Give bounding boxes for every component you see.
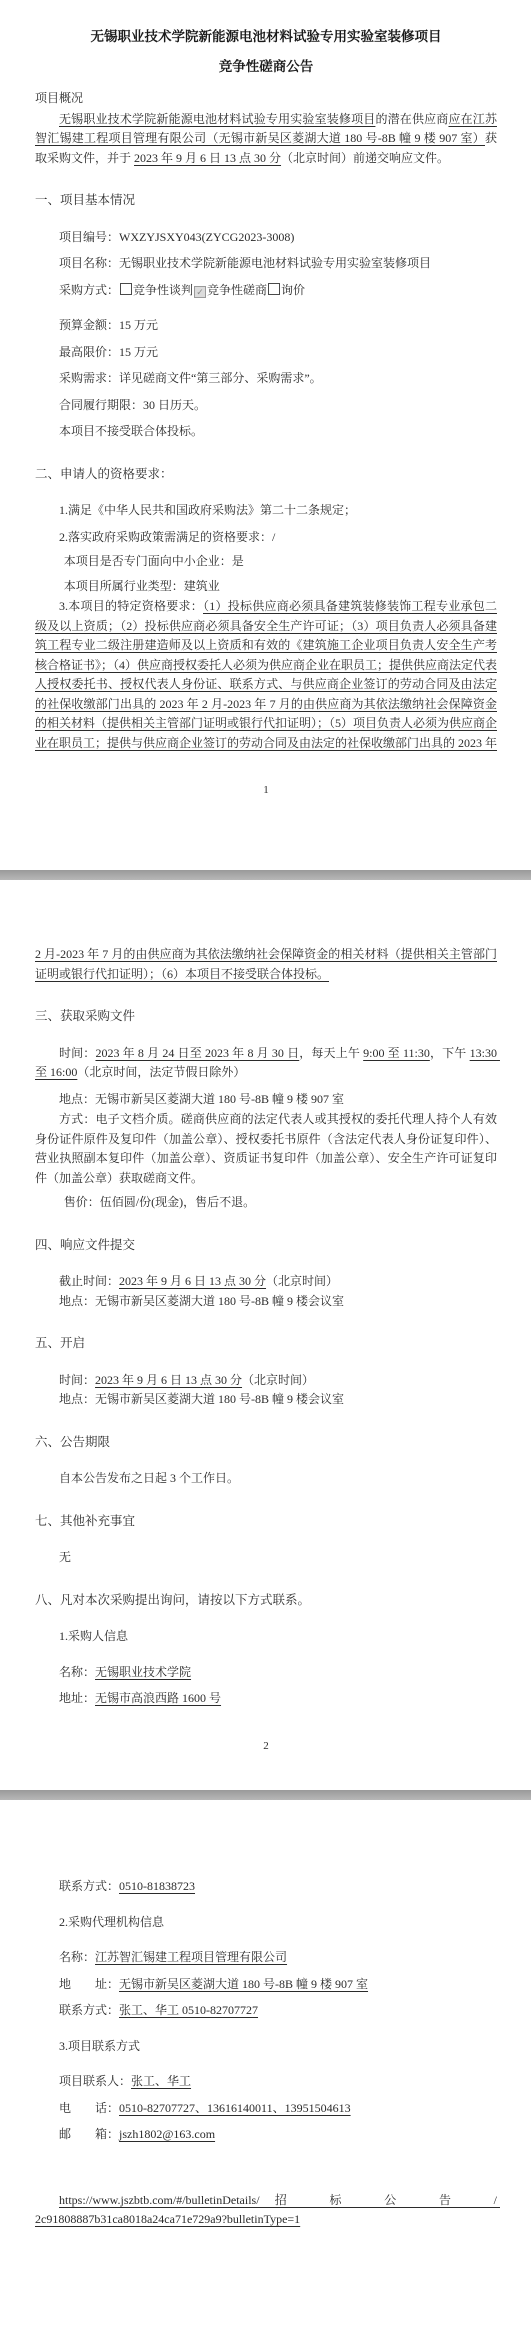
qualification-2-sme: 本项目是否专门面向中小企业：是 xyxy=(35,552,497,572)
text-run: 联系方式： xyxy=(59,2003,119,2017)
page-number: 1 xyxy=(35,781,497,801)
unchecked-checkbox-icon xyxy=(268,283,280,295)
project-contact-email: 邮 箱：jszh1802@163.com xyxy=(35,2125,497,2145)
text-run: 项目名称：无锡职业技术学院新能源电池材料试验专用实验室装修项目 xyxy=(59,256,431,270)
overview-paragraph: 无锡职业技术学院新能源电池材料试验专用实验室装修项目的潜在供应商应在江苏智汇锡建… xyxy=(35,110,497,169)
section-heading-8: 八、凡对本次采购提出询问，请按以下方式联系。 xyxy=(35,1591,497,1611)
page-divider xyxy=(0,1790,531,1800)
field-budget: 预算金额：15 万元 xyxy=(35,316,497,336)
text-run: 邮 箱： xyxy=(59,2127,119,2141)
purchaser-info-label: 1.采购人信息 xyxy=(35,1627,497,1647)
underlined-text-run: 9:00 至 11:30 xyxy=(363,1046,430,1060)
doc-subtitle: 竞争性磋商公告 xyxy=(35,56,497,77)
text-run: 名称： xyxy=(59,1665,95,1679)
underlined-text-run: 张工、华工 0510-82707727 xyxy=(119,2003,258,2017)
section-heading-5: 五、开启 xyxy=(35,1334,497,1354)
underlined-text-run: 无锡职业技术学院 xyxy=(95,1665,191,1679)
text-run: 方式：电子文档介质。磋商供应商的法定代表人或其授权的委托代理人持个人有效身份证件… xyxy=(35,1112,497,1185)
underlined-text-run: 0510-81838723 xyxy=(119,1879,195,1893)
text-run: ，下午 xyxy=(430,1046,470,1060)
underlined-text-run: 2023 年 8 月 24 日至 2023 年 8 月 30 日 xyxy=(95,1046,299,1060)
project-contact-label: 3.项目联系方式 xyxy=(35,2037,497,2057)
text-run: 一、项目基本情况 xyxy=(35,193,135,207)
page-number: 2 xyxy=(35,1737,497,1757)
announcement-period: 自本公告发布之日起 3 个工作日。 xyxy=(35,1469,497,1489)
text-run: 地点：无锡市新吴区菱湖大道 180 号-8B 幢 9 楼会议室 xyxy=(59,1294,344,1308)
underlined-text-run: jszh1802@163.com xyxy=(119,2127,215,2141)
text-run: 1.采购人信息 xyxy=(59,1629,128,1643)
underlined-text-run: 2023 年 9 月 6 日 13 点 30 分 xyxy=(134,151,281,165)
purchaser-contact: 联系方式：0510-81838723 xyxy=(35,1877,497,1897)
underlined-text-run: 无锡市新吴区菱湖大道 180 号-8B 幢 9 楼 907 室 xyxy=(119,1977,368,1991)
agency-contact: 联系方式：张工、华工 0510-82707727 xyxy=(35,2001,497,2021)
text-run: 三、获取采购文件 xyxy=(35,1009,135,1023)
field-purchase-method: 采购方式：竞争性谈判✓竞争性磋商询价 xyxy=(35,281,497,301)
opening-time: 时间：2023 年 9 月 6 日 13 点 30 分（北京时间） xyxy=(35,1371,497,1391)
text-run: 二、申请人的资格要求： xyxy=(35,467,173,481)
submission-deadline: 截止时间：2023 年 9 月 6 日 13 点 30 分（北京时间） xyxy=(35,1272,497,1292)
section-heading-3: 三、获取采购文件 xyxy=(35,1007,497,1027)
text-run: 地 址： xyxy=(59,1977,119,1991)
underlined-text-run: 2023 年 9 月 6 日 13 点 30 分 xyxy=(95,1373,242,1387)
text-run: 1.满足《中华人民共和国政府采购法》第二十二条规定； xyxy=(59,503,356,517)
text-run: 本项目所属行业类型：建筑业 xyxy=(64,579,220,593)
text-run: 七、其他补充事宜 xyxy=(35,1514,135,1528)
text-run: 五、开启 xyxy=(35,1336,85,1350)
document-time: 时间：2023 年 8 月 24 日至 2023 年 8 月 30 日，每天上午… xyxy=(35,1044,497,1083)
qualification-2-industry: 本项目所属行业类型：建筑业 xyxy=(35,577,497,597)
text-run: （北京时间）前递交响应文件。 xyxy=(281,151,449,165)
underlined-text-run: 0510-82707727、13616140011、13951504613 xyxy=(119,2101,351,2115)
text-run: 竞争性磋商 xyxy=(207,283,267,297)
qualification-3-continued: 2 月-2023 年 7 月的由供应商为其依法缴纳社会保障资金的相关材料（提供相… xyxy=(35,945,497,984)
text-run: 项目联系人： xyxy=(59,2074,131,2088)
document-page-1: 无锡职业技术学院新能源电池材料试验专用实验室装修项目竞争性磋商公告项目概况无锡职… xyxy=(0,0,531,870)
underlined-text-run: https://www.jszbtb.com/#/bulletinDetails… xyxy=(35,2193,500,2227)
document-place: 地点：无锡市新吴区菱湖大道 180 号-8B 幢 9 楼 907 室 xyxy=(35,1090,497,1110)
text-run: 四、响应文件提交 xyxy=(35,1238,135,1252)
text-run: 询价 xyxy=(281,283,305,297)
opening-place: 地点：无锡市新吴区菱湖大道 180 号-8B 幢 9 楼会议室 xyxy=(35,1390,497,1410)
underlined-text-run: 张工、华工 xyxy=(131,2074,191,2088)
underlined-text-run: 江苏智汇锡建工程项目管理有限公司 xyxy=(95,1950,287,1964)
text-run: 联系方式： xyxy=(59,1879,119,1893)
text-run: 自本公告发布之日起 3 个工作日。 xyxy=(59,1471,239,1485)
text-run: （北京时间） xyxy=(266,1274,338,1288)
text-run: 地址： xyxy=(59,1691,95,1705)
qualification-1: 1.满足《中华人民共和国政府采购法》第二十二条规定； xyxy=(35,501,497,521)
overview-label: 项目概况 xyxy=(35,89,497,109)
text-run: 售价：伍佰圆/份(现金)，售后不退。 xyxy=(64,1195,255,1209)
document-price: 售价：伍佰圆/份(现金)，售后不退。 xyxy=(35,1193,497,1213)
section-heading-1: 一、项目基本情况 xyxy=(35,191,497,211)
document-method: 方式：电子文档介质。磋商供应商的法定代表人或其授权的委托代理人持个人有效身份证件… xyxy=(35,1110,497,1188)
text-run: 地点：无锡市新吴区菱湖大道 180 号-8B 幢 9 楼会议室 xyxy=(59,1392,344,1406)
document-viewer: 无锡职业技术学院新能源电池材料试验专用实验室装修项目竞争性磋商公告项目概况无锡职… xyxy=(0,0,531,2329)
text-run: 名称： xyxy=(59,1950,95,1964)
purchaser-address: 地址：无锡市高浪西路 1600 号 xyxy=(35,1689,497,1709)
text-run: 截止时间： xyxy=(59,1274,119,1288)
text-run: 采购需求：详见磋商文件“第三部分、采购需求”。 xyxy=(59,371,322,385)
submission-place: 地点：无锡市新吴区菱湖大道 180 号-8B 幢 9 楼会议室 xyxy=(35,1292,497,1312)
text-run: 竞争性谈判 xyxy=(133,283,193,297)
text-run: 1 xyxy=(263,784,269,796)
document-page-2: 2 月-2023 年 7 月的由供应商为其依法缴纳社会保障资金的相关材料（提供相… xyxy=(0,880,531,1790)
bulletin-link[interactable]: https://www.jszbtb.com/#/bulletinDetails… xyxy=(35,2191,497,2230)
page-divider xyxy=(0,870,531,880)
text-run: 的潜在供应商 xyxy=(375,112,448,126)
text-run: 项目编号：WXZYJSXY043(ZYCG2023-3008) xyxy=(59,230,294,244)
text-run: 3.本项目的特定资格要求： xyxy=(59,599,203,613)
document-page-3: 联系方式：0510-818387232.采购代理机构信息名称：江苏智汇锡建工程项… xyxy=(0,1800,531,2329)
text-run: 3.项目联系方式 xyxy=(59,2039,140,2053)
section-heading-7: 七、其他补充事宜 xyxy=(35,1512,497,1532)
text-run: 无 xyxy=(59,1550,71,1564)
text-run: ，每天上午 xyxy=(299,1046,363,1060)
text-run: 合同履行期限：30 日历天。 xyxy=(59,398,206,412)
doc-title: 无锡职业技术学院新能源电池材料试验专用实验室装修项目 xyxy=(35,26,497,47)
text-run: 电 话： xyxy=(59,2101,119,2115)
text-run: 2.采购代理机构信息 xyxy=(59,1915,164,1929)
field-contract-period: 合同履行期限：30 日历天。 xyxy=(35,396,497,416)
text-run: 预算金额：15 万元 xyxy=(59,318,158,332)
text-run: 八、凡对本次采购提出询问，请按以下方式联系。 xyxy=(35,1593,310,1607)
project-contact-phone: 电 话：0510-82707727、13616140011、1395150461… xyxy=(35,2099,497,2119)
section-heading-6: 六、公告期限 xyxy=(35,1433,497,1453)
text-run: 最高限价：15 万元 xyxy=(59,345,158,359)
field-requirement: 采购需求：详见磋商文件“第三部分、采购需求”。 xyxy=(35,369,497,389)
field-project-number: 项目编号：WXZYJSXY043(ZYCG2023-3008) xyxy=(35,228,497,248)
agency-info-label: 2.采购代理机构信息 xyxy=(35,1913,497,1933)
underlined-text-run: （1）投标供应商必须具备建筑装修装饰工程专业承包二级及以上资质；（2）投标供应商… xyxy=(35,599,497,750)
underlined-text-run: 无锡职业技术学院新能源电池材料试验专用实验室装修项目 xyxy=(59,112,375,126)
agency-address: 地 址：无锡市新吴区菱湖大道 180 号-8B 幢 9 楼 907 室 xyxy=(35,1975,497,1995)
text-run: 本项目是否专门面向中小企业：是 xyxy=(64,554,244,568)
text-run: 2.落实政府采购政策需满足的资格要求：/ xyxy=(59,530,275,544)
text-run: 采购方式： xyxy=(59,283,119,297)
underlined-text-run: 2023 年 9 月 6 日 13 点 30 分 xyxy=(119,1274,266,1288)
agency-name: 名称：江苏智汇锡建工程项目管理有限公司 xyxy=(35,1948,497,1968)
text-run: 竞争性磋商公告 xyxy=(219,59,314,74)
field-no-consortium: 本项目不接受联合体投标。 xyxy=(35,422,497,442)
qualification-3: 3.本项目的特定资格要求：（1）投标供应商必须具备建筑装修装饰工程专业承包二级及… xyxy=(35,597,497,753)
text-run: 无锡职业技术学院新能源电池材料试验专用实验室装修项目 xyxy=(91,29,442,44)
text-run: 项目概况 xyxy=(35,91,83,105)
qualification-2: 2.落实政府采购政策需满足的资格要求：/ xyxy=(35,528,497,548)
section-heading-4: 四、响应文件提交 xyxy=(35,1236,497,1256)
field-max-price: 最高限价：15 万元 xyxy=(35,343,497,363)
text-run: 本项目不接受联合体投标。 xyxy=(59,424,203,438)
text-run: 2 xyxy=(263,1740,269,1752)
underlined-text-run: 2 月-2023 年 7 月的由供应商为其依法缴纳社会保障资金的相关材料（提供相… xyxy=(35,947,497,981)
text-run: 时间： xyxy=(59,1046,95,1060)
project-contact-person: 项目联系人：张工、华工 xyxy=(35,2072,497,2092)
text-run: （北京时间） xyxy=(242,1373,314,1387)
field-project-name: 项目名称：无锡职业技术学院新能源电池材料试验专用实验室装修项目 xyxy=(35,254,497,274)
other-matters: 无 xyxy=(35,1548,497,1568)
unchecked-checkbox-icon xyxy=(120,283,132,295)
checked-checkbox-icon: ✓ xyxy=(194,286,206,298)
section-heading-2: 二、申请人的资格要求： xyxy=(35,465,497,485)
text-run: 时间： xyxy=(59,1373,95,1387)
text-run: 六、公告期限 xyxy=(35,1435,110,1449)
text-run: 地点：无锡市新吴区菱湖大道 180 号-8B 幢 9 楼 907 室 xyxy=(59,1092,344,1106)
underlined-text-run: 无锡市高浪西路 1600 号 xyxy=(95,1691,221,1705)
text-run: （北京时间，法定节假日除外） xyxy=(77,1065,245,1079)
purchaser-name: 名称：无锡职业技术学院 xyxy=(35,1663,497,1683)
